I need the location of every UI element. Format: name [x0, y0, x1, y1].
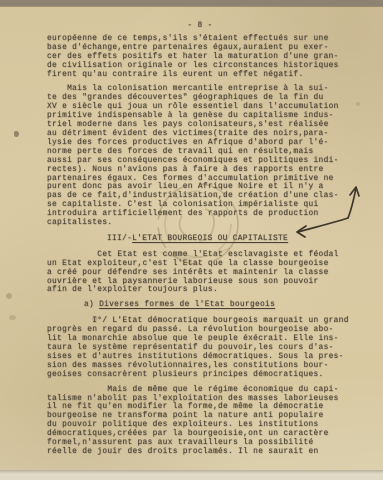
section-heading-number: III/- [107, 235, 132, 243]
subsection-heading: a) Diverses formes de l'Etat bourgeois [84, 301, 353, 310]
section-heading-title: L'ETAT BOURGEOIS OU CAPITALISTE [132, 235, 288, 243]
typewritten-text-column: - 8 - européenne de ce temps,s'ils s'éta… [47, 22, 353, 463]
ink-speck [6, 293, 12, 299]
ink-speck [214, 450, 219, 454]
ink-speck [14, 131, 19, 137]
subsection-heading-title: Diverses formes de l'Etat bourgeois [99, 301, 275, 309]
page-number: - 8 - [47, 22, 353, 31]
paragraph-etat-exploiteur: Cet Etat est comme l'Etat esclavagiste e… [47, 251, 353, 296]
subsection-heading-letter: a) [84, 301, 99, 309]
paragraph-colonial-effects: européenne de ce temps,s'ils s'étaient e… [47, 35, 353, 80]
paragraph-mercantile-colonisation: Mais la colonisation mercantile entrepri… [47, 85, 353, 228]
paragraph-democratie-formelle: Mais de même que le régime économique du… [47, 386, 353, 457]
ink-speck [92, 316, 98, 321]
ink-speck [356, 102, 360, 106]
paragraph-etat-democratique: I°/ L'Etat démocratique bourgeois marqua… [47, 317, 353, 379]
ink-speck [9, 315, 16, 320]
section-heading: III/-L'ETAT BOURGEOIS OU CAPITALISTE [107, 235, 353, 244]
paper-bottom-edge [0, 470, 383, 480]
scanned-paper-sheet: - 8 - européenne de ce temps,s'ils s'éta… [0, 6, 383, 472]
